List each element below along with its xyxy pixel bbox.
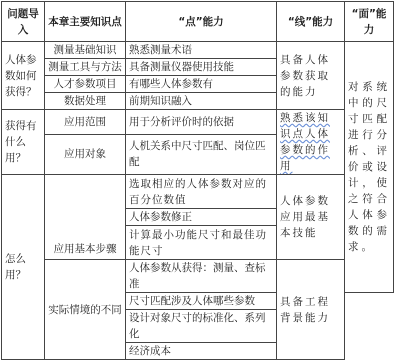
surface-ability-cell: 对系统中的尺寸匹配进行分析、评价或设计，使之符合人体参数的需求。 bbox=[345, 42, 394, 289]
knowledge-cell: 测量基础知识 bbox=[45, 42, 126, 59]
point-cell: 有哪些人体参数有 bbox=[126, 76, 277, 93]
point-cell: 具备测量仪器使用技能 bbox=[126, 59, 277, 76]
knowledge-cell: 人才参数项目 bbox=[45, 76, 126, 93]
header-point-ability: “点”能力 bbox=[126, 2, 277, 42]
point-cell: 人机关系中尺寸匹配、岗位匹配 bbox=[126, 134, 277, 174]
line-ability-cell: 具备工程背景能力 bbox=[277, 260, 345, 289]
knowledge-cell: 应用范围 bbox=[45, 110, 126, 135]
point-cell: 选取相应的人体参数对应的百分位数值 bbox=[126, 175, 277, 209]
header-row: 问题导入 本章主要知识点 “点”能力 “线”能力 “面”能力 bbox=[2, 2, 394, 42]
point-cell: 人体参数修正 bbox=[126, 209, 277, 226]
table-row: 怎么用？ 应用基本步骤 选取相应的人体参数对应的百分位数值 人体参数应用最基本技… bbox=[2, 175, 394, 209]
point-cell: 人体参数从获得：测量、查标准 bbox=[126, 260, 277, 289]
knowledge-cell: 应用基本步骤 bbox=[45, 175, 126, 260]
table-row: 获得有什么用？ 应用范围 用于分析评价时的依据 熟悉该知识点人体参数的作用 bbox=[2, 110, 394, 135]
header-line-ability: “线”能力 bbox=[277, 2, 345, 42]
question-cell: 怎么用？ bbox=[2, 175, 45, 289]
point-cell: 前期知识融入 bbox=[126, 93, 277, 110]
line-ability-cell: 人体参数应用最基本技能 bbox=[277, 175, 345, 260]
table-row: 实际情境的不同 人体参数从获得：测量、查标准 具备工程背景能力 bbox=[2, 260, 394, 289]
knowledge-cell: 测量工具与方法 bbox=[45, 59, 126, 76]
knowledge-cell: 数据处理 bbox=[45, 93, 126, 110]
knowledge-ability-table: 问题导入 本章主要知识点 “点”能力 “线”能力 “面”能力 人体参数如何获得？… bbox=[1, 1, 394, 288]
line-ability-cell: 具备人体参数获取的能力 bbox=[277, 42, 345, 110]
table-row: 人体参数如何获得？ 测量基础知识 熟悉测量术语 具备人体参数获取的能力 对系统中… bbox=[2, 42, 394, 59]
header-question: 问题导入 bbox=[2, 2, 45, 42]
header-surface-ability: “面”能力 bbox=[345, 2, 394, 42]
knowledge-cell: 实际情境的不同 bbox=[45, 260, 126, 289]
question-cell: 人体参数如何获得？ bbox=[2, 42, 45, 110]
point-cell: 计算最小功能尺寸和最佳功能尺寸 bbox=[126, 226, 277, 260]
point-cell: 用于分析评价时的依据 bbox=[126, 110, 277, 135]
question-cell: 获得有什么用？ bbox=[2, 110, 45, 175]
knowledge-cell: 应用对象 bbox=[45, 134, 126, 174]
line-ability-cell: 熟悉该知识点人体参数的作用 bbox=[277, 110, 345, 175]
point-cell: 熟悉测量术语 bbox=[126, 42, 277, 59]
header-knowledge: 本章主要知识点 bbox=[45, 2, 126, 42]
